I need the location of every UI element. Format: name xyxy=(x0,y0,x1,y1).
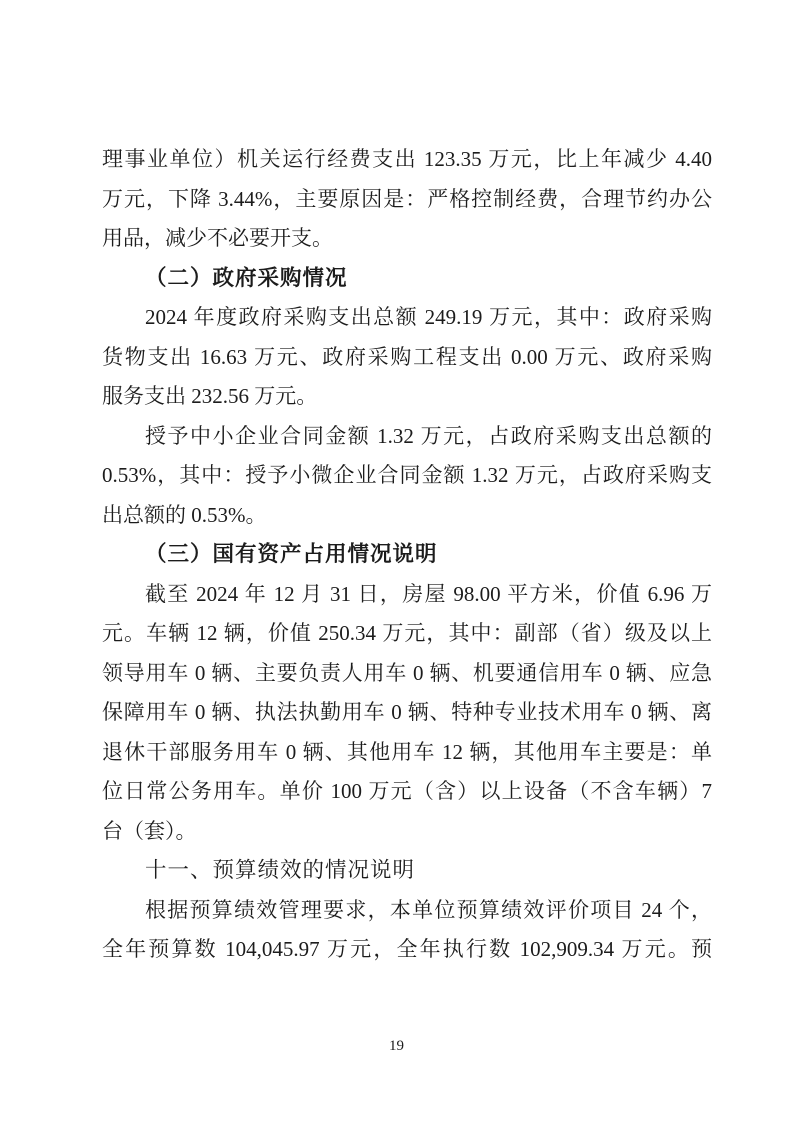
text-line: 根据预算绩效管理要求，本单位预算绩效评价项目 24 个， xyxy=(102,891,712,931)
section-heading-state-assets: （三）国有资产占用情况说明 xyxy=(102,535,712,575)
text-line: 位日常公务用车。单价 100 万元（含）以上设备（不含车辆）7 xyxy=(102,772,712,812)
text-line: 理事业单位）机关运行经费支出 123.35 万元，比上年减少 4.40 xyxy=(102,140,712,180)
text-line: 截至 2024 年 12 月 31 日，房屋 98.00 平方米，价值 6.96… xyxy=(102,575,712,615)
text-line: 用品，减少不必要开支。 xyxy=(102,219,712,259)
text-line: 领导用车 0 辆、主要负责人用车 0 辆、机要通信用车 0 辆、应急 xyxy=(102,654,712,694)
document-text-block: 理事业单位）机关运行经费支出 123.35 万元，比上年减少 4.40 万元，下… xyxy=(102,140,712,970)
page-number: 19 xyxy=(0,1036,793,1056)
document-page: 理事业单位）机关运行经费支出 123.35 万元，比上年减少 4.40 万元，下… xyxy=(0,0,793,1122)
text-line: 出总额的 0.53%。 xyxy=(102,496,712,536)
section-heading-performance: 十一、预算绩效的情况说明 xyxy=(102,851,712,891)
text-line: 全年预算数 104,045.97 万元，全年执行数 102,909.34 万元。… xyxy=(102,930,712,970)
text-line: 万元，下降 3.44%，主要原因是：严格控制经费，合理节约办公 xyxy=(102,180,712,220)
section-heading-procurement: （二）政府采购情况 xyxy=(102,259,712,299)
text-line: 2024 年度政府采购支出总额 249.19 万元，其中：政府采购 xyxy=(102,298,712,338)
text-line: 0.53%，其中：授予小微企业合同金额 1.32 万元，占政府采购支 xyxy=(102,456,712,496)
text-line: 保障用车 0 辆、执法执勤用车 0 辆、特种专业技术用车 0 辆、离 xyxy=(102,693,712,733)
text-line: 服务支出 232.56 万元。 xyxy=(102,377,712,417)
text-line: 台（套）。 xyxy=(102,812,712,852)
text-line: 货物支出 16.63 万元、政府采购工程支出 0.00 万元、政府采购 xyxy=(102,338,712,378)
text-line: 授予中小企业合同金额 1.32 万元，占政府采购支出总额的 xyxy=(102,417,712,457)
text-line: 元。车辆 12 辆，价值 250.34 万元，其中：副部（省）级及以上 xyxy=(102,614,712,654)
text-line: 退休干部服务用车 0 辆、其他用车 12 辆，其他用车主要是：单 xyxy=(102,733,712,773)
